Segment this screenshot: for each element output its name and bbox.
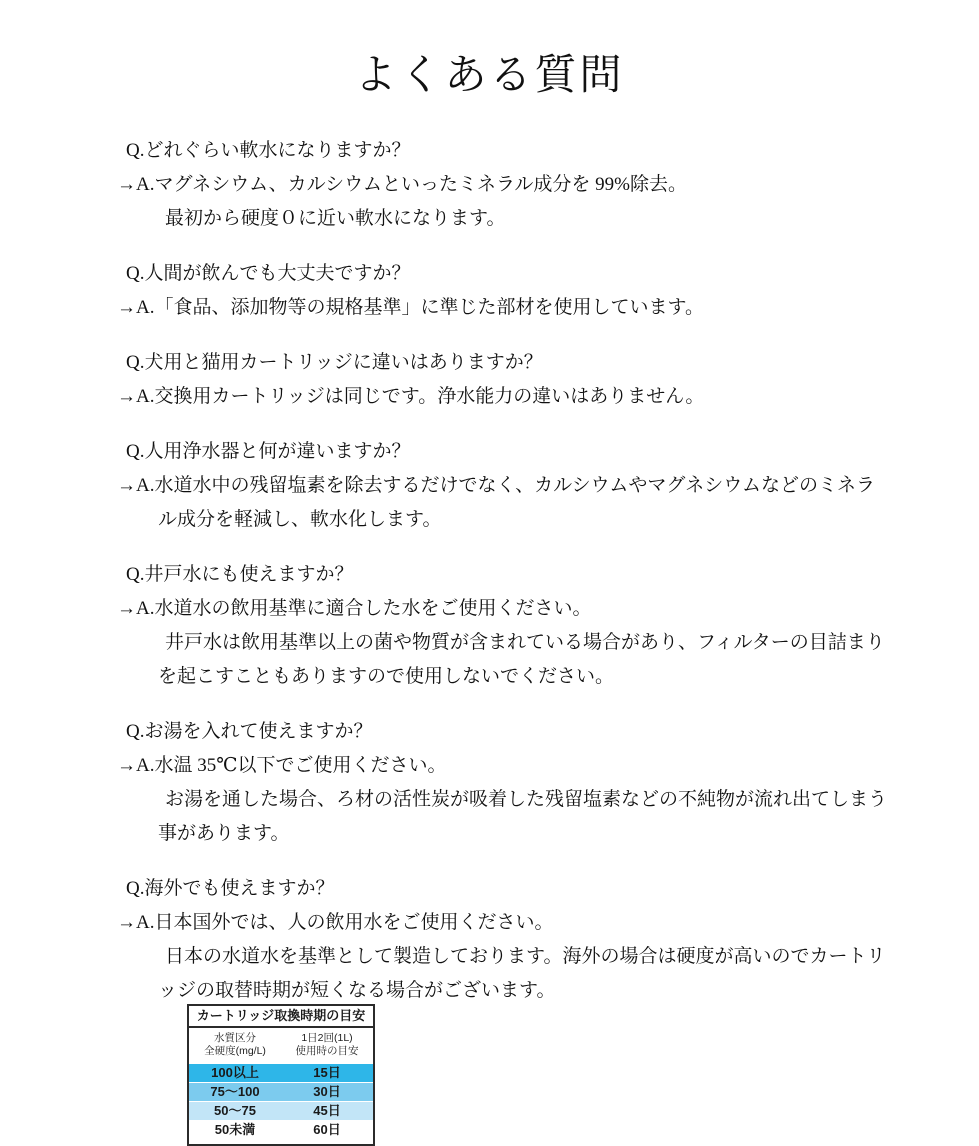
faq-block-hot-water: Q.お湯を入れて使えますか？ →A.水温 35℃以下でご使用ください。 お湯を通… bbox=[117, 715, 917, 851]
question-text: Q.お湯を入れて使えますか？ bbox=[117, 715, 917, 749]
hardness-cell: 100以上 bbox=[189, 1064, 281, 1082]
question-text: Q.どれぐらい軟水になりますか？ bbox=[117, 134, 917, 168]
question-text: Q.人用浄水器と何が違いますか？ bbox=[117, 435, 917, 469]
table-title: カートリッジ取換時期の目安 bbox=[189, 1006, 373, 1028]
header-line: 1日2回(1L) bbox=[281, 1032, 373, 1045]
faq-block-dog-cat-cartridge: Q.犬用と猫用カートリッジに違いはありますか？ →A.交換用カートリッジは同じで… bbox=[117, 346, 917, 414]
days-cell: 15日 bbox=[281, 1064, 373, 1082]
header-line: 使用時の目安 bbox=[281, 1045, 373, 1058]
table-row: 50～75 45日 bbox=[189, 1102, 373, 1120]
hardness-cell: 50未満 bbox=[189, 1121, 281, 1139]
faq-block-human-safe: Q.人間が飲んでも大丈夫ですか？ →A.「食品、添加物等の規格基準」に準じた部材… bbox=[117, 257, 917, 325]
answer-line: →A.水道水中の残留塩素を除去するだけでなく、カルシウムやマグネシウムなどのミネ… bbox=[117, 469, 917, 503]
page-title: よくある質問 bbox=[0, 42, 979, 102]
answer-line: 日本の水道水を基準として製造しております。海外の場合は硬度が高いのでカートリ bbox=[117, 940, 917, 974]
question-text: Q.井戸水にも使えますか？ bbox=[117, 558, 917, 592]
answer-line: →A.水温 35℃以下でご使用ください。 bbox=[117, 749, 917, 783]
table-header-hardness: 水質区分 全硬度(mg/L) bbox=[189, 1032, 281, 1058]
answer-line: ッジの取替時期が短くなる場合がございます。 bbox=[117, 974, 917, 1008]
answer-line: →A.交換用カートリッジは同じです。浄水能力の違いはありません。 bbox=[117, 380, 917, 414]
header-line: 全硬度(mg/L) bbox=[189, 1045, 281, 1058]
table-row: 100以上 15日 bbox=[189, 1064, 373, 1082]
days-cell: 45日 bbox=[281, 1102, 373, 1120]
question-text: Q.人間が飲んでも大丈夫ですか？ bbox=[117, 257, 917, 291]
answer-line: →A.「食品、添加物等の規格基準」に準じた部材を使用しています。 bbox=[117, 291, 917, 325]
faq-block-well-water: Q.井戸水にも使えますか？ →A.水道水の飲用基準に適合した水をご使用ください。… bbox=[117, 558, 917, 694]
hardness-cell: 75～100 bbox=[189, 1083, 281, 1101]
answer-line: 最初から硬度０に近い軟水になります。 bbox=[117, 202, 917, 236]
table-header-usage: 1日2回(1L) 使用時の目安 bbox=[281, 1032, 373, 1058]
faq-list: Q.どれぐらい軟水になりますか？ →A.マグネシウム、カルシウムといったミネラル… bbox=[117, 134, 917, 1029]
answer-line: →A.日本国外では、人の飲用水をご使用ください。 bbox=[117, 906, 917, 940]
table-row: 75～100 30日 bbox=[189, 1083, 373, 1101]
answer-line: を起こすこともありますので使用しないでください。 bbox=[117, 660, 917, 694]
table-row: 50未満 60日 bbox=[189, 1121, 373, 1139]
question-text: Q.海外でも使えますか？ bbox=[117, 872, 917, 906]
answer-line: →A.マグネシウム、カルシウムといったミネラル成分を 99%除去。 bbox=[117, 168, 917, 202]
hardness-cell: 50～75 bbox=[189, 1102, 281, 1120]
question-text: Q.犬用と猫用カートリッジに違いはありますか？ bbox=[117, 346, 917, 380]
cartridge-replacement-table: カートリッジ取換時期の目安 水質区分 全硬度(mg/L) 1日2回(1L) 使用… bbox=[187, 1004, 375, 1146]
answer-line: →A.水道水の飲用基準に適合した水をご使用ください。 bbox=[117, 592, 917, 626]
faq-block-overseas: Q.海外でも使えますか？ →A.日本国外では、人の飲用水をご使用ください。 日本… bbox=[117, 872, 917, 1008]
faq-document-page: よくある質問 Q.どれぐらい軟水になりますか？ →A.マグネシウム、カルシウムと… bbox=[0, 0, 979, 1146]
answer-line: 井戸水は飲用基準以上の菌や物質が含まれている場合があり、フィルターの目詰まり bbox=[117, 626, 917, 660]
answer-line: お湯を通した場合、ろ材の活性炭が吸着した残留塩素などの不純物が流れ出てしまう bbox=[117, 783, 917, 817]
days-cell: 60日 bbox=[281, 1121, 373, 1139]
answer-line: 事があります。 bbox=[117, 817, 917, 851]
faq-block-softness: Q.どれぐらい軟水になりますか？ →A.マグネシウム、カルシウムといったミネラル… bbox=[117, 134, 917, 236]
days-cell: 30日 bbox=[281, 1083, 373, 1101]
answer-line: ル成分を軽減し、軟水化します。 bbox=[117, 503, 917, 537]
table-header-row: 水質区分 全硬度(mg/L) 1日2回(1L) 使用時の目安 bbox=[189, 1028, 373, 1064]
header-line: 水質区分 bbox=[189, 1032, 281, 1045]
faq-block-vs-human-purifier: Q.人用浄水器と何が違いますか？ →A.水道水中の残留塩素を除去するだけでなく、… bbox=[117, 435, 917, 537]
